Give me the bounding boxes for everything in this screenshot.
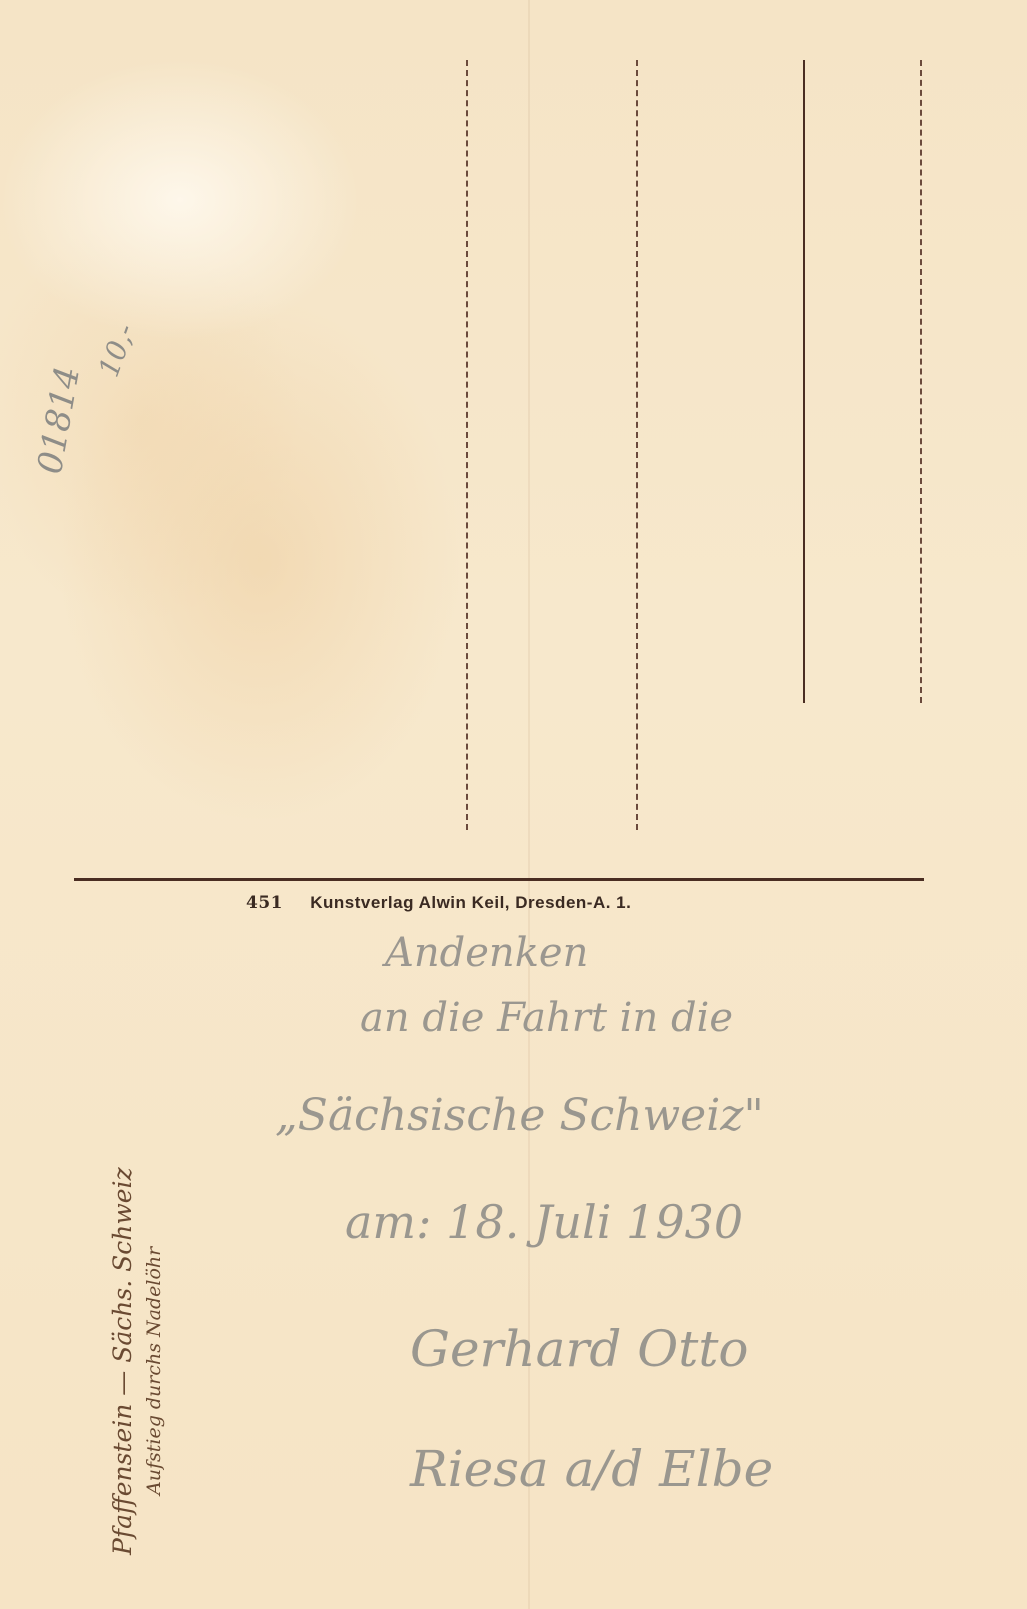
message-line-5: Gerhard Otto (410, 1320, 749, 1378)
publisher-imprint: 451 Kunstverlag Alwin Keil, Dresden-A. 1… (246, 893, 631, 913)
address-divider-dashed-1 (466, 60, 468, 830)
message-line-2: an die Fahrt in die (360, 995, 733, 1041)
address-divider-dashed-2 (636, 60, 638, 830)
stamp-box-line (803, 60, 805, 703)
postcard-back: 451 Kunstverlag Alwin Keil, Dresden-A. 1… (0, 0, 1027, 1609)
stamp-box-dashed-line (920, 60, 922, 703)
caption-title: Pfaffenstein — Sächs. Schweiz (108, 1167, 137, 1555)
pencil-inventory-number: 01814 (30, 363, 88, 476)
imprint-rule (74, 878, 924, 881)
caption-subtitle: Aufstieg durchs Nadelöhr (143, 1167, 165, 1495)
message-line-1: Andenken (385, 930, 588, 976)
card-number: 451 (246, 893, 283, 913)
publisher-name: Kunstverlag Alwin Keil, Dresden-A. 1. (310, 893, 631, 912)
message-line-6: Riesa a/d Elbe (410, 1440, 773, 1498)
pencil-price: 10,- (92, 319, 141, 381)
picture-caption: Pfaffenstein — Sächs. Schweiz Aufstieg d… (108, 1167, 165, 1555)
message-line-3: „Sächsische Schweiz" (275, 1090, 764, 1141)
message-line-4: am: 18. Juli 1930 (345, 1195, 743, 1249)
